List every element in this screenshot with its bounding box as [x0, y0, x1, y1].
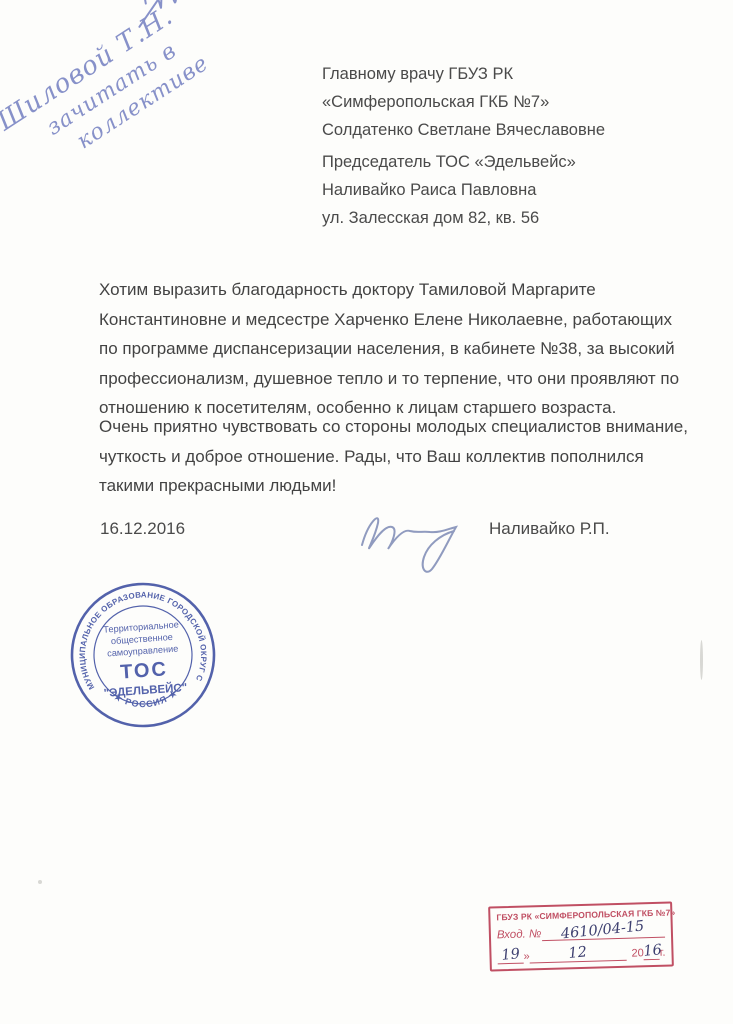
scan-artifact: [700, 640, 703, 680]
signatory-name: Наливайко Р.П.: [489, 519, 610, 539]
annotation-line3: коллективе: [73, 51, 214, 154]
body-paragraph-1: Хотим выразить благодарность доктору Там…: [99, 275, 691, 423]
year-handwritten: 16: [643, 942, 663, 960]
sender-block: Председатель ТОС «Эдельвейс» Наливайко Р…: [322, 148, 576, 232]
annotation-line1: Шиловой Т.Н.: [0, 1, 179, 137]
year-prefix: 20: [631, 947, 644, 960]
handwritten-annotation: Шиловой Т.Н. зачитать в коллективе: [0, 0, 252, 204]
letter-date: 16.12.2016: [100, 519, 185, 539]
recipient-line3: Солдатенко Светлане Вячеславовне: [322, 116, 605, 144]
scan-artifact: [38, 880, 42, 884]
scanned-letter-page: Шиловой Т.Н. зачитать в коллективе Главн…: [0, 0, 733, 1024]
day-handwritten: 19: [501, 946, 521, 964]
stamp-center-line3: самоуправление: [107, 644, 179, 659]
signature-mark: [348, 497, 478, 582]
annotation-flourish: [122, 0, 188, 27]
sender-line3: ул. Залесская дом 82, кв. 56: [322, 204, 576, 232]
sender-line2: Наливайко Раиса Павловна: [322, 176, 576, 204]
sender-line1: Председатель ТОС «Эдельвейс»: [322, 148, 576, 176]
recipient-line2: «Симферопольская ГКБ №7»: [322, 88, 605, 116]
round-org-stamp: МУНИЦИПАЛЬНОЕ ОБРАЗОВАНИЕ ГОРОДСКОЙ ОКРУ…: [63, 575, 223, 735]
incoming-number-label: Вход. №: [497, 928, 542, 942]
incoming-number-handwritten: 4610/04-15: [561, 919, 646, 941]
annotation-line2: зачитать в: [42, 38, 181, 140]
incoming-registration-stamp: ГБУЗ РК «СИМФЕРОПОЛЬСКАЯ ГКБ №7» Вход. №…: [488, 901, 674, 971]
month-handwritten: 12: [568, 944, 588, 962]
recipient-line1: Главному врачу ГБУЗ РК: [322, 60, 605, 88]
body-paragraph-2: Очень приятно чувствовать со стороны мол…: [99, 412, 691, 501]
stamp-center-line4: ТОС: [120, 658, 169, 683]
recipient-block: Главному врачу ГБУЗ РК «Симферопольская …: [322, 60, 605, 144]
